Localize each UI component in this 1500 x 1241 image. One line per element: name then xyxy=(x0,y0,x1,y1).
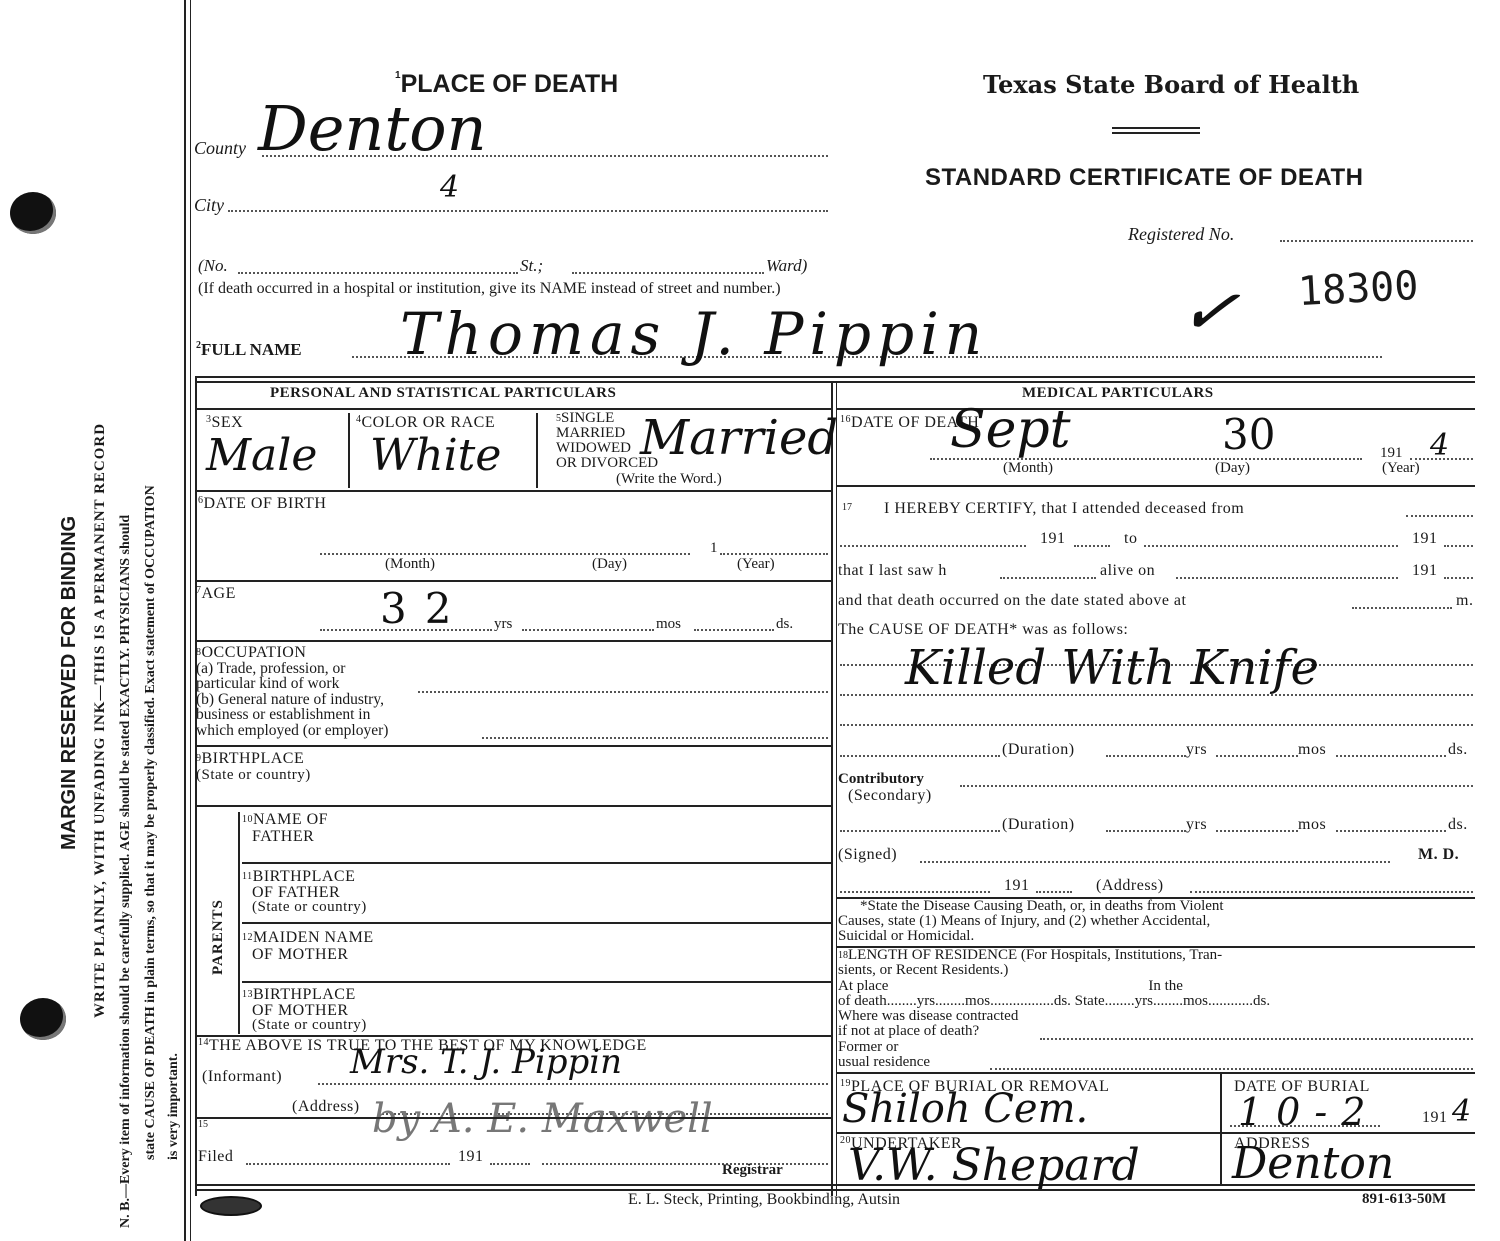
sign-address-field[interactable] xyxy=(1190,891,1473,893)
duration-mos-2: mos xyxy=(1298,816,1326,834)
age-mos-caption: mos xyxy=(656,616,681,633)
burial-place-value: Shiloh Cem. xyxy=(842,1086,1088,1132)
filed-year-field[interactable] xyxy=(490,1163,530,1165)
registrar-field[interactable] xyxy=(542,1163,828,1165)
binding-rule xyxy=(184,0,186,1241)
sign-address-label: (Address) xyxy=(1096,877,1164,895)
last-saw-year-field[interactable] xyxy=(1444,577,1473,579)
last-saw-pronoun-field[interactable] xyxy=(1000,577,1096,579)
main-rule-top xyxy=(195,376,1475,378)
age-yrs-caption: yrs xyxy=(494,616,512,633)
duration-yrs-2: yrs xyxy=(1186,816,1207,834)
parents-divider xyxy=(238,812,240,1034)
certify-line-2-year2: 191 xyxy=(1412,530,1438,548)
row-rule-4 xyxy=(195,745,831,747)
occupation-trade-field[interactable] xyxy=(418,691,828,693)
dod-day-value: 30 xyxy=(1222,410,1275,459)
margin-nb-line3: is very important. xyxy=(166,1053,182,1160)
certificate-title: STANDARD CERTIFICATE OF DEATH xyxy=(925,164,1363,192)
undertaker-address-value: Denton xyxy=(1232,1138,1394,1189)
sign-year: 191 xyxy=(1004,877,1030,895)
contributory-label: Contributory xyxy=(838,771,924,788)
certify-line-1: I HEREBY CERTIFY, that I attended deceas… xyxy=(884,500,1244,518)
certify-line-4: and that death occurred on the date stat… xyxy=(838,592,1186,610)
attended-from-field[interactable] xyxy=(1406,515,1473,517)
father-name-label: 10NAME OF FATHER xyxy=(242,811,328,845)
title-rule-2 xyxy=(1112,132,1200,134)
burial-divider xyxy=(1220,1074,1222,1186)
undertaker-value: V.W. Shepard xyxy=(848,1140,1140,1191)
row-rule-1 xyxy=(195,490,831,492)
informant-address-label: (Address) xyxy=(292,1098,360,1116)
margin-nb-line2: state CAUSE OF DEATH in plain terms, so … xyxy=(143,485,159,1160)
burial-date-field[interactable] xyxy=(1230,1125,1380,1127)
burial-year-value: 4 xyxy=(1452,1094,1471,1129)
sign-date-field[interactable] xyxy=(840,891,990,893)
certify-num: 17 xyxy=(842,502,852,513)
duration-yrs-field-2[interactable] xyxy=(1106,830,1186,832)
marital-hint: (Write the Word.) xyxy=(616,471,722,488)
row-rule-2 xyxy=(195,580,831,582)
certify-line-3-year: 191 xyxy=(1412,562,1438,580)
margin-binding-note: MARGIN RESERVED FOR BINDING xyxy=(58,516,81,850)
burial-date-value: 10-2 xyxy=(1238,1090,1379,1134)
full-name-label: 2FULL NAME xyxy=(196,340,302,360)
dob-year-caption: (Year) xyxy=(737,556,775,573)
printer-credit: E. L. Steck, Printing, Bookbinding, Auts… xyxy=(628,1191,900,1209)
burial-rule xyxy=(837,1132,1475,1134)
duration-yrs-field-1[interactable] xyxy=(1106,755,1186,757)
duration-mos-field-2[interactable] xyxy=(1216,830,1298,832)
filed-date-field[interactable] xyxy=(246,1163,450,1165)
contributory-field[interactable] xyxy=(960,785,1473,787)
form-code: 891-613-50M xyxy=(1362,1191,1446,1208)
birthplace-label: 9BIRTHPLACE (State or country) xyxy=(196,751,311,783)
filed-year: 191 xyxy=(458,1148,484,1166)
informant-value: Mrs. T. J. Pippin xyxy=(350,1042,622,1082)
dob-month-day-field[interactable] xyxy=(320,553,690,555)
marital-value: Married xyxy=(640,410,838,466)
binding-hole-top xyxy=(10,192,56,234)
mother-name-label: 12MAIDEN NAME OF MOTHER xyxy=(242,929,374,963)
informant-label: (Informant) xyxy=(202,1068,282,1086)
residence-block: 18LENGTH OF RESIDENCE (For Hospitals, In… xyxy=(838,948,1270,1070)
cause-footnote: *State the Disease Causing Death, or, in… xyxy=(838,899,1224,944)
row-rule-3 xyxy=(195,640,831,642)
age-yrs-field[interactable] xyxy=(320,629,492,631)
duration-ds-field-2[interactable] xyxy=(1336,830,1446,832)
ward-field[interactable] xyxy=(572,272,764,274)
hospital-note: (If death occurred in a hospital or inst… xyxy=(198,280,781,298)
duration-ds-2: ds. xyxy=(1448,816,1468,834)
row-rule-5 xyxy=(195,805,831,807)
city-field[interactable] xyxy=(228,210,828,212)
duration-yrs-1: yrs xyxy=(1186,741,1207,759)
signed-field[interactable] xyxy=(920,861,1390,863)
parents-rule-2 xyxy=(242,922,831,924)
duration-mos-field-1[interactable] xyxy=(1216,755,1298,757)
certify-line-3-alive: alive on xyxy=(1100,562,1155,580)
duration-mos-1: mos xyxy=(1298,741,1326,759)
margin-write-plainly: WRITE PLAINLY, WITH UNFADING INK—THIS IS… xyxy=(92,423,109,1018)
parents-rule-1 xyxy=(242,862,831,864)
certify-line-4-m: m. xyxy=(1456,592,1473,610)
signed-label: (Signed) xyxy=(838,846,897,864)
filed-num: 15 xyxy=(198,1119,208,1130)
left-border xyxy=(195,376,197,1196)
union-label-icon xyxy=(200,1196,262,1216)
parents-rule-3 xyxy=(242,981,831,983)
occupation-employer-field[interactable] xyxy=(482,737,828,739)
main-rule-top-2 xyxy=(195,381,1475,383)
md-label: M. D. xyxy=(1418,846,1459,864)
cause-line-2[interactable] xyxy=(840,694,1473,696)
cause-of-death-label: The CAUSE OF DEATH* was as follows: xyxy=(838,621,1128,639)
check-mark: ✓ xyxy=(1175,266,1244,355)
informant-field[interactable] xyxy=(318,1083,828,1085)
certify-line-2-year: 191 xyxy=(1040,530,1066,548)
certify-line-2-to: to xyxy=(1124,530,1137,548)
sex-value: Male xyxy=(206,430,317,481)
attended-to-field[interactable] xyxy=(1144,545,1398,547)
title-rule xyxy=(1112,127,1200,129)
row-rule-7 xyxy=(195,1117,831,1119)
duration-ds-1: ds. xyxy=(1448,741,1468,759)
county-value: Denton xyxy=(258,92,487,165)
attended-to-year-field[interactable] xyxy=(1444,545,1473,547)
city-mark: 4 xyxy=(440,170,459,205)
contracted-field[interactable] xyxy=(1040,1038,1473,1040)
center-divider xyxy=(831,381,833,1196)
certify-line-3: that I last saw h xyxy=(838,562,947,580)
sex-race-divider xyxy=(348,413,350,488)
dob-day-caption: (Day) xyxy=(592,556,627,573)
dod-day-caption: (Day) xyxy=(1215,460,1250,477)
age-value: 32 xyxy=(380,584,469,633)
last-saw-date-field[interactable] xyxy=(1176,577,1398,579)
registrar-label: Registrar xyxy=(722,1162,783,1179)
father-birthplace-label: 11BIRTHPLACE OF FATHER (State or country… xyxy=(242,869,367,916)
personal-section-title: PERSONAL AND STATISTICAL PARTICULARS xyxy=(270,385,616,402)
duration-label-2: (Duration) xyxy=(1002,816,1075,834)
sign-year-field[interactable] xyxy=(1036,891,1072,893)
margin-nb-line1: N. B.—Every item of information should b… xyxy=(118,515,134,1228)
dob-label: 6DATE OF BIRTH xyxy=(198,495,326,513)
age-ds-field[interactable] xyxy=(694,629,774,631)
dob-year-field[interactable] xyxy=(720,553,828,555)
registered-no-value: 18300 xyxy=(1297,263,1420,315)
street-no-label: (No. xyxy=(198,256,228,276)
med-rule-1 xyxy=(837,485,1475,487)
race-value: White xyxy=(370,430,501,481)
cause-duration-field[interactable] xyxy=(840,755,1000,757)
occupation-block: 8OCCUPATION (a) Trade, profession, or pa… xyxy=(196,645,388,738)
informant-address-value: by A. E. Maxwell xyxy=(372,1096,713,1142)
secondary-label: (Secondary) xyxy=(848,787,932,805)
parents-label: PARENTS xyxy=(210,899,227,975)
medical-title-rule xyxy=(837,408,1475,410)
dod-year-caption: (Year) xyxy=(1382,460,1420,477)
dod-month-value: Sept xyxy=(950,400,1071,460)
full-name-value: Thomas J. Pippin xyxy=(400,300,988,368)
ward-label: Ward) xyxy=(766,256,807,276)
med-rule-4 xyxy=(837,1072,1475,1074)
city-label: City xyxy=(194,195,224,216)
filed-label: Filed xyxy=(198,1148,233,1166)
race-marital-divider xyxy=(536,413,538,488)
attended-from-year-field[interactable] xyxy=(1074,545,1110,547)
age-label: 7AGE xyxy=(196,585,236,603)
registered-no-label: Registered No. xyxy=(1128,224,1234,245)
registered-no-field[interactable] xyxy=(1280,240,1473,242)
age-ds-caption: ds. xyxy=(776,616,793,633)
board-of-health-title: Texas State Board of Health xyxy=(983,70,1359,99)
binding-hole-bottom xyxy=(20,998,66,1040)
cause-of-death-value: Killed With Knife xyxy=(905,640,1319,696)
binding-rule-inner xyxy=(190,0,191,1241)
age-mos-field[interactable] xyxy=(522,629,654,631)
cause-line-3[interactable] xyxy=(840,724,1473,726)
dod-field[interactable] xyxy=(930,458,1362,460)
burial-year-prefix: 191 xyxy=(1422,1109,1448,1127)
duration-ds-field-1[interactable] xyxy=(1336,755,1446,757)
dod-month-caption: (Month) xyxy=(1003,460,1053,477)
street-no-field[interactable] xyxy=(238,272,518,274)
death-time-field[interactable] xyxy=(1352,607,1452,609)
dob-month-caption: (Month) xyxy=(385,556,435,573)
contributory-duration-field[interactable] xyxy=(840,830,1000,832)
dob-year-prefix: 1 xyxy=(710,540,718,557)
duration-label-1: (Duration) xyxy=(1002,741,1075,759)
former-residence-field[interactable] xyxy=(990,1068,1473,1070)
mother-birthplace-label: 13BIRTHPLACE OF MOTHER (State or country… xyxy=(242,987,367,1034)
attended-from-date-field[interactable] xyxy=(840,545,1026,547)
street-label: St.; xyxy=(520,256,543,276)
county-label: County xyxy=(194,138,246,159)
